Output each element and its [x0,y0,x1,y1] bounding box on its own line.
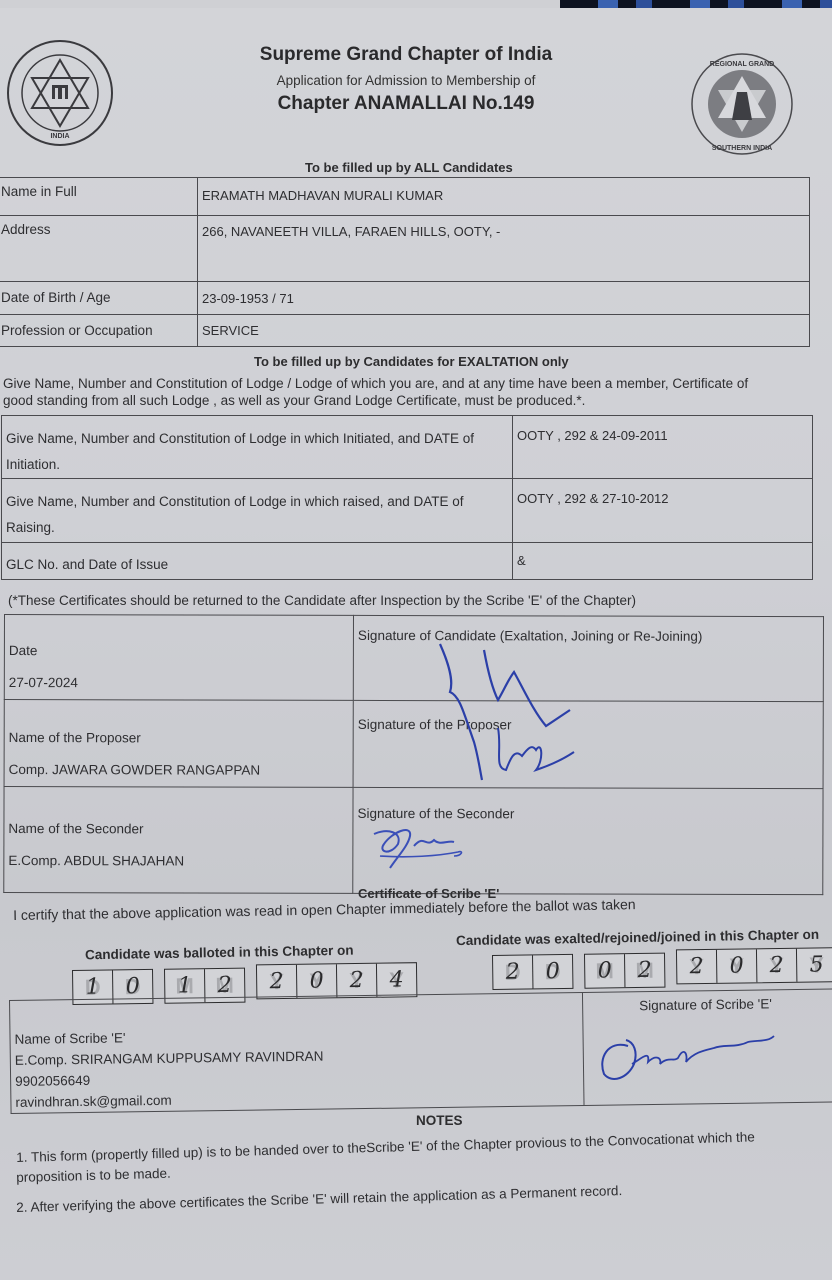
proposer-field[interactable]: Comp. JAWARA GOWDER RANGAPPAN [9,762,261,778]
digit-box[interactable]: Y4 [377,963,416,997]
handwritten-digit: 0 [546,959,560,984]
initiation-field[interactable]: OOTY , 292 & 24-09-2011 [513,416,813,479]
table-row: Give Name, Number and Constitution of Lo… [2,479,813,543]
handwritten-digit: 2 [506,960,520,985]
digit-box[interactable]: Y2 [337,964,377,998]
initiation-label: Give Name, Number and Constitution of Lo… [2,416,513,479]
lodge-details-table: Give Name, Number and Constitution of Lo… [1,415,813,580]
scribe-phone-field[interactable]: 9902056649 [15,1073,90,1089]
digit-box[interactable]: Y0 [297,964,337,998]
digit-box[interactable]: D0 [533,955,572,989]
exaltation-instruction-2: good standing from all such Lodge , as w… [3,392,585,409]
scribe-details-cell: Name of Scribe 'E' E.Comp. SRIRANGAM KUP… [10,992,585,1113]
handwritten-digit: 2 [690,954,704,979]
dob-field[interactable]: 23-09-1953 / 71 [198,282,810,315]
day-boxes[interactable]: D2D0 [492,954,573,990]
handwritten-digit: 5 [809,952,823,977]
table-row: Date of Birth / Age 23-09-1953 / 71 [0,282,810,315]
exaltation-heading: To be filled up by Candidates for EXALTA… [254,354,569,369]
certificates-footnote: (*These Certificates should be returned … [8,592,636,609]
svg-text:SOUTHERN INDIA: SOUTHERN INDIA [712,145,772,152]
scribe-name-field[interactable]: E.Comp. SRIRANGAM KUPPUSAMY RAVINDRAN [15,1049,324,1068]
proposer-signature-icon [488,720,588,780]
month-boxes[interactable]: M0M2 [584,953,665,989]
proposer-cell: Name of the ProposerComp. JAWARA GOWDER … [4,700,353,788]
profession-field[interactable]: SERVICE [198,315,810,347]
digit-box[interactable]: Y2 [677,950,717,984]
seconder-signature-label: Signature of the Seconder [357,806,514,821]
raising-label: Give Name, Number and Constitution of Lo… [2,479,513,543]
digit-box[interactable]: M2 [625,954,664,988]
profession-label: Profession or Occupation [0,315,198,347]
handwritten-digit: 2 [770,953,784,978]
date-cell: Date27-07-2024 [4,615,353,701]
handwritten-digit: 2 [270,969,284,994]
table-row: Name in Full ERAMATH MADHAVAN MURALI KUM… [0,178,810,216]
scribe-signature-icon [598,1028,778,1088]
address-label: Address [0,216,198,282]
glc-label: GLC No. and Date of Issue [2,543,513,580]
handwritten-digit: 2 [638,958,652,983]
digit-box[interactable]: D2 [493,955,533,989]
scribe-signature-label: Signature of Scribe 'E' [639,996,772,1013]
name-label: Name in Full [0,178,198,216]
date-label: Date [9,643,38,658]
digit-box[interactable]: Y0 [717,949,757,983]
name-field[interactable]: ERAMATH MADHAVAN MURALI KUMAR [198,178,810,216]
form-subtitle: Application for Admission to Membership … [0,73,812,88]
raising-label-line1: Give Name, Number and Constitution of Lo… [6,494,463,509]
handwritten-digit: 4 [389,967,403,992]
digit-box[interactable]: Y2 [757,949,797,983]
table-row: GLC No. and Date of Issue & [2,543,813,580]
handwritten-digit: 2 [218,973,232,998]
all-candidates-heading: To be filled up by ALL Candidates [305,160,513,175]
initiation-label-line1: Give Name, Number and Constitution of Lo… [6,431,474,446]
address-field[interactable]: 266, NAVANEETH VILLA, FARAEN HILLS, OOTY… [198,216,810,282]
initiation-label-line2: Initiation. [6,457,60,472]
handwritten-digit: 0 [730,953,744,978]
scribe-email-field[interactable]: ravindhran.sk@gmail.com [15,1093,171,1110]
table-row: Profession or Occupation SERVICE [0,315,810,347]
digit-box[interactable]: Y5 [797,948,832,982]
raising-field[interactable]: OOTY , 292 & 27-10-2012 [513,479,813,543]
handwritten-digit: 1 [86,975,100,1000]
table-row: Date27-07-2024 Signature of Candidate (E… [4,615,823,702]
svg-text:INDIA: INDIA [50,133,69,140]
handwritten-digit: 0 [126,974,140,999]
seconder-label: Name of the Seconder [8,821,143,836]
handwritten-digit: 0 [310,968,324,993]
seconder-signature-icon [368,822,468,872]
notes-heading: NOTES [416,1113,463,1128]
org-title: Supreme Grand Chapter of India [0,44,812,66]
table-row: Give Name, Number and Constitution of Lo… [2,416,813,479]
digit-box[interactable]: Y2 [257,965,297,999]
handwritten-digit: 2 [350,968,364,993]
date-field[interactable]: 27-07-2024 [9,675,78,690]
table-row: Name of the ProposerComp. JAWARA GOWDER … [4,700,823,789]
proposer-label: Name of the Proposer [9,730,141,745]
dob-label: Date of Birth / Age [0,282,198,315]
candidate-details-table: Name in Full ERAMATH MADHAVAN MURALI KUM… [0,177,810,347]
glc-field[interactable]: & [513,543,813,580]
scribe-name-label: Name of Scribe 'E' [14,1030,125,1047]
handwritten-digit: 1 [178,973,192,998]
seconder-field[interactable]: E.Comp. ABDUL SHAJAHAN [8,853,184,868]
year-boxes[interactable]: Y2Y0Y2Y5 [676,947,832,984]
seconder-cell: Name of the SeconderE.Comp. ABDUL SHAJAH… [4,787,353,894]
chapter-title: Chapter ANAMALLAI No.149 [0,93,812,115]
exaltation-instruction-1: Give Name, Number and Constitution of Lo… [3,375,748,392]
raising-label-line2: Raising. [6,520,55,535]
table-row: Address 266, NAVANEETH VILLA, FARAEN HIL… [0,216,810,282]
handwritten-digit: 0 [598,958,612,983]
digit-box[interactable]: M0 [585,954,625,988]
